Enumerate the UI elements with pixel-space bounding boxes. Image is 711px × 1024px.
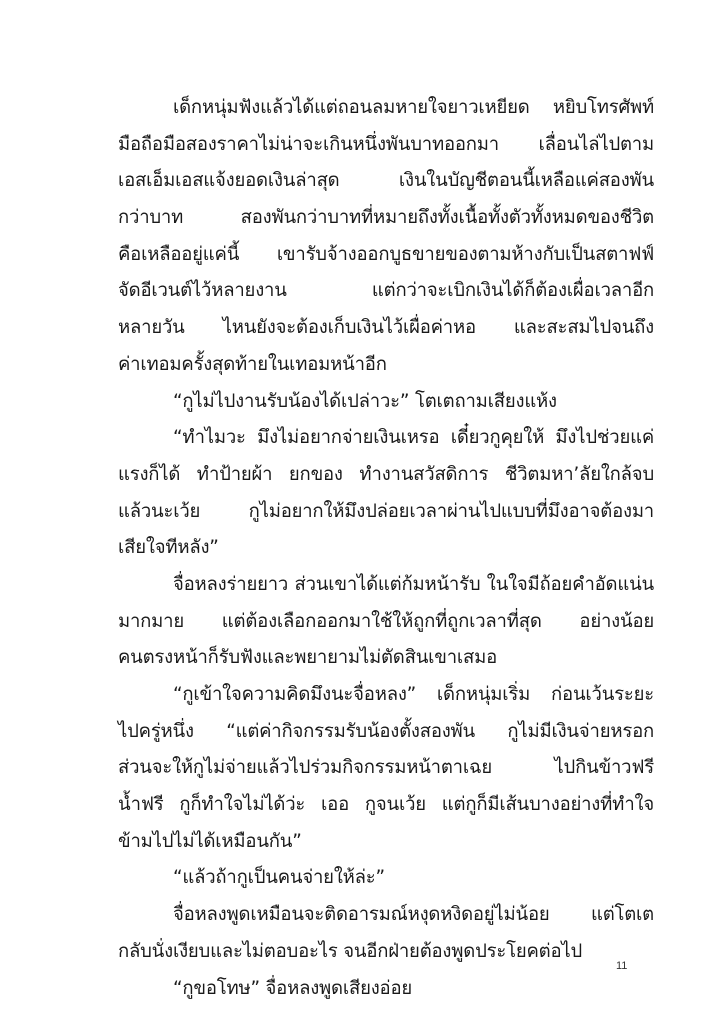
text-line: จื่อหลงร่ายยาว ส่วนเขาได้แต่ก้มหน้ารับ ใ… xyxy=(118,567,654,604)
text-line: “กูไม่ไปงานรับน้องได้เปล่าวะ” โตเตถามเสี… xyxy=(118,384,654,421)
text-line: น้ำฟรี กูก็ทำใจไม่ได้ว่ะ เออ กูจนเว้ย แต… xyxy=(118,787,654,824)
paragraph: “กูไม่ไปงานรับน้องได้เปล่าวะ” โตเตถามเสี… xyxy=(118,384,654,421)
text-line: “ทำไมวะ มึงไม่อยากจ่ายเงินเหรอ เดี๋ยวกูค… xyxy=(118,420,654,457)
text-line: มือถือมือสองราคาไม่น่าจะเกินหนึ่งพันบาทอ… xyxy=(118,127,654,164)
text-line: ส่วนจะให้กูไม่จ่ายแล้วไปร่วมกิจกรรมหน้าต… xyxy=(118,750,654,787)
paragraph: “กูเข้าใจความคิดมึงนะจื่อหลง” เด็กหนุ่มเ… xyxy=(118,677,654,860)
text-line: ค่าเทอมครั้งสุดท้ายในเทอมหน้าอีก xyxy=(118,347,654,384)
text-line: แล้วนะเว้ย กูไม่อยากให้มึงปล่อยเวลาผ่านไ… xyxy=(118,494,654,531)
text-line: เสียใจทีหลัง” xyxy=(118,530,654,567)
paragraph: “แล้วถ้ากูเป็นคนจ่ายให้ล่ะ” xyxy=(118,860,654,897)
text-line: “แล้วถ้ากูเป็นคนจ่ายให้ล่ะ” xyxy=(118,860,654,897)
text-line: จัดอีเวนต์ไว้หลายงาน แต่กว่าจะเบิกเงินได… xyxy=(118,273,654,310)
paragraph: เด็กหนุ่มฟังแล้วได้แต่ถอนลมหายใจยาวเหยีย… xyxy=(118,90,654,384)
text-line: “กูขอโทษ” จื่อหลงพูดเสียงอ่อย xyxy=(118,971,654,1008)
paragraph: “ทำไมวะ มึงไม่อยากจ่ายเงินเหรอ เดี๋ยวกูค… xyxy=(118,420,654,567)
document-page: เด็กหนุ่มฟังแล้วได้แต่ถอนลมหายใจยาวเหยีย… xyxy=(0,0,711,1024)
text-line: ไปครู่หนึ่ง “แต่ค่ากิจกรรมรับน้องตั้งสอง… xyxy=(118,714,654,751)
body-text: เด็กหนุ่มฟังแล้วได้แต่ถอนลมหายใจยาวเหยีย… xyxy=(118,90,654,1007)
paragraph: จื่อหลงร่ายยาว ส่วนเขาได้แต่ก้มหน้ารับ ใ… xyxy=(118,567,654,677)
text-line: จื่อหลงพูดเหมือนจะติดอารมณ์หงุดหงิดอยู่ไ… xyxy=(118,897,654,934)
text-line: เอสเอ็มเอสแจ้งยอดเงินล่าสุด เงินในบัญชีต… xyxy=(118,163,654,200)
text-line: “กูเข้าใจความคิดมึงนะจื่อหลง” เด็กหนุ่มเ… xyxy=(118,677,654,714)
text-line: กว่าบาท สองพันกว่าบาทที่หมายถึงทั้งเนื้อ… xyxy=(118,200,654,237)
text-line: หลายวัน ไหนยังจะต้องเก็บเงินไว้เผื่อค่าห… xyxy=(118,310,654,347)
text-line: คือเหลืออยู่แค่นี้ เขารับจ้างออกบูธขายขอ… xyxy=(118,237,654,274)
text-line: แรงก็ได้ ทำป้ายผ้า ยกของ ทำงานสวัสดิการ … xyxy=(118,457,654,494)
paragraph: “กูขอโทษ” จื่อหลงพูดเสียงอ่อย xyxy=(118,971,654,1008)
text-line: มากมาย แต่ต้องเลือกออกมาใช้ให้ถูกที่ถูกเ… xyxy=(118,604,654,641)
text-line: ข้ามไปไม่ได้เหมือนกัน” xyxy=(118,824,654,861)
page-number: 11 xyxy=(616,960,627,972)
text-line: คนตรงหน้าก็รับฟังและพยายามไม่ตัดสินเขาเส… xyxy=(118,640,654,677)
text-line: กลับนั่งเงียบและไม่ตอบอะไร จนอีกฝ่ายต้อง… xyxy=(118,934,654,971)
text-line: เด็กหนุ่มฟังแล้วได้แต่ถอนลมหายใจยาวเหยีย… xyxy=(118,90,654,127)
paragraph: จื่อหลงพูดเหมือนจะติดอารมณ์หงุดหงิดอยู่ไ… xyxy=(118,897,654,970)
